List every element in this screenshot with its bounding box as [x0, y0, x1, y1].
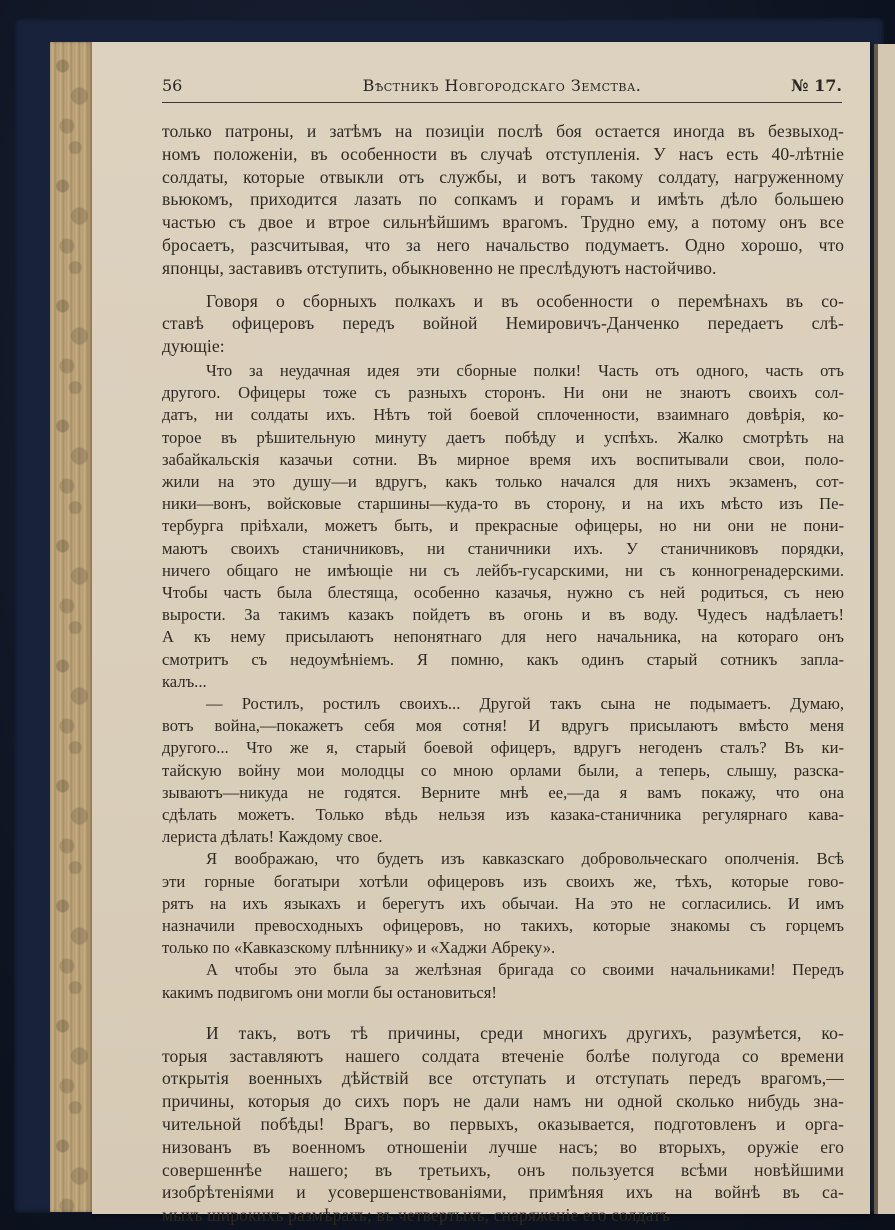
- text-line: причины, которыя до сихъ поръ не дали на…: [162, 1090, 844, 1113]
- paragraph-p5: Я воображаю, что будетъ изъ кавказскаго …: [162, 848, 844, 959]
- text-line: маютъ своихъ станичниковъ, ни станичники…: [162, 538, 844, 560]
- text-line: совершеннѣе нашего; въ третьихъ, онъ пол…: [162, 1159, 844, 1182]
- text-line: Что за неудачная идея эти сборные полки!…: [162, 360, 844, 382]
- text-line: бросаетъ, разсчитывая, что за него начал…: [162, 234, 844, 257]
- text-line: только патроны, и затѣмъ на позиціи посл…: [162, 120, 844, 143]
- text-line: лериста дѣлать! Каждому свое.: [162, 826, 844, 848]
- text-line: И такъ, вотъ тѣ причины, среди многихъ д…: [162, 1022, 844, 1045]
- text-line: дующіе:: [162, 335, 844, 358]
- text-line: Я воображаю, что будетъ изъ кавказскаго …: [162, 848, 844, 870]
- paragraph-p1: только патроны, и затѣмъ на позиціи посл…: [162, 120, 844, 280]
- text-line: зываютъ—никуда не годятся. Верните мнѣ е…: [162, 782, 844, 804]
- text-line: вьюкомъ, приходится лазать по сопкамъ и …: [162, 188, 844, 211]
- text-line: солдаты, которые отвыкли отъ службы, и в…: [162, 166, 844, 189]
- book-page: 56 Вѣстникъ Новгородскаго Земства. № 17.…: [92, 42, 870, 1214]
- paragraph-p4: — Ростилъ, ростилъ своихъ... Другой такъ…: [162, 693, 844, 848]
- page-edges-marbled: [50, 42, 92, 1212]
- text-line: назначили превосходныхъ офицеровъ, но та…: [162, 915, 844, 937]
- text-line: Чтобы часть была блестяща, особенно каза…: [162, 582, 844, 604]
- photo-scene: 56 Вѣстникъ Новгородскаго Земства. № 17.…: [0, 0, 895, 1230]
- text-line: эти горные богатыри хотѣли офицеровъ изъ…: [162, 871, 844, 893]
- text-line: вырости. За такимъ казакъ пойдетъ въ ого…: [162, 604, 844, 626]
- text-line: жили на это душу—и вдругъ, какъ только н…: [162, 471, 844, 493]
- paragraph-p7: И такъ, вотъ тѣ причины, среди многихъ д…: [162, 1022, 844, 1227]
- text-line: ничего общаго не имѣющіе ни съ лейбъ-гус…: [162, 560, 844, 582]
- text-line: открытія военныхъ дѣйствій все отступать…: [162, 1067, 844, 1090]
- text-line: — Ростилъ, ростилъ своихъ... Другой такъ…: [162, 693, 844, 715]
- text-line: ники—вонъ, войсковые старшины—куда-то въ…: [162, 493, 844, 515]
- text-line: чительной побѣды! Врагъ, во первыхъ, ока…: [162, 1113, 844, 1136]
- text-line: мыхъ широкихъ размѣрахъ; въ четвертыхъ, …: [162, 1204, 844, 1227]
- paragraph-p3: Что за неудачная идея эти сборные полки!…: [162, 360, 844, 693]
- text-line: частью съ двое и втрое сильнѣйшимъ враго…: [162, 211, 844, 234]
- text-line: вотъ война,—покажетъ себя моя сотня! И в…: [162, 715, 844, 737]
- text-line: рятъ на ихъ языкахъ и берегутъ ихъ обыча…: [162, 893, 844, 915]
- issue-number: № 17.: [791, 76, 842, 95]
- paragraph-p2: Говоря о сборныхъ полкахъ и въ особеннос…: [162, 290, 844, 358]
- running-header: 56 Вѣстникъ Новгородскаго Земства. № 17.: [162, 74, 842, 103]
- paragraph-p6: А чтобы это была за желѣзная бригада со …: [162, 959, 844, 1003]
- adjacent-page-edge: [874, 44, 895, 1214]
- text-line: сдѣлать можетъ. Только вѣдь нельзя изъ к…: [162, 804, 844, 826]
- text-line: какимъ подвигомъ они могли бы остановить…: [162, 982, 844, 1004]
- text-line: забайкальскія казачьи сотни. Въ мирное в…: [162, 449, 844, 471]
- text-line: калъ...: [162, 671, 844, 693]
- journal-title: Вѣстникъ Новгородскаго Земства.: [162, 76, 842, 95]
- text-line: другого. Офицеры тоже съ разныхъ сторонъ…: [162, 382, 844, 404]
- text-line: другого... Что же я, старый боевой офице…: [162, 737, 844, 759]
- text-line: тербурга пріѣхали, можетъ быть, и прекра…: [162, 515, 844, 537]
- text-line: японцы, заставивъ отступить, обыкновенно…: [162, 257, 844, 280]
- text-line: номъ положеніи, въ особенности въ случаѣ…: [162, 143, 844, 166]
- text-line: датъ, ни солдаты ихъ. Нѣтъ той боевой сп…: [162, 404, 844, 426]
- text-line: только по «Кавказскому плѣннику» и «Хадж…: [162, 937, 844, 959]
- text-line: торое въ рѣшительную минуту даетъ побѣду…: [162, 427, 844, 449]
- text-line: торыя заставляютъ нашего солдата втечені…: [162, 1045, 844, 1068]
- text-line: изобрѣтеніями и усовершенствованіями, пр…: [162, 1181, 844, 1204]
- body-text: только патроны, и затѣмъ на позиціи посл…: [162, 120, 844, 1227]
- text-line: Говоря о сборныхъ полкахъ и въ особеннос…: [162, 290, 844, 313]
- text-line: ставѣ офицеровъ передъ войной Немировичъ…: [162, 312, 844, 335]
- text-line: низованъ въ военномъ отношеніи лучше нас…: [162, 1136, 844, 1159]
- text-line: смотритъ съ недоумѣніемъ. Я помню, какъ …: [162, 649, 844, 671]
- text-line: А чтобы это была за желѣзная бригада со …: [162, 959, 844, 981]
- text-line: А къ нему присылаютъ непонятнаго для нег…: [162, 626, 844, 648]
- text-line: тайскую войну мои молодцы со мною орлами…: [162, 760, 844, 782]
